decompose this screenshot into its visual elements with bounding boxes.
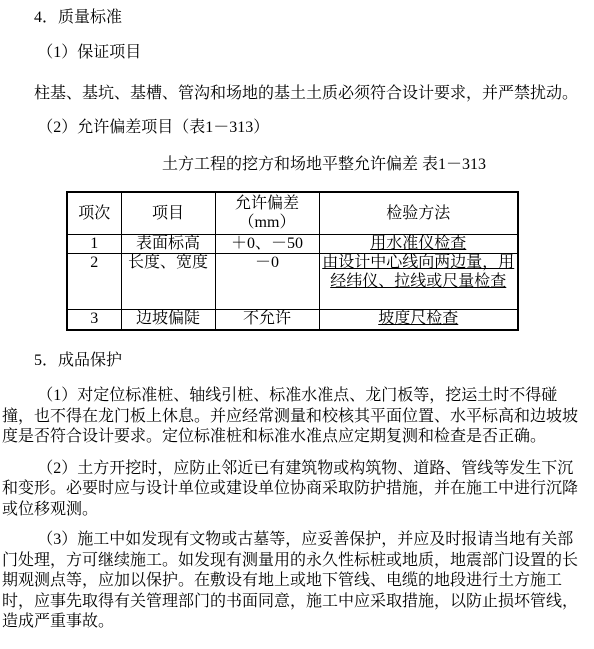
header-cell-no: 项次	[67, 192, 121, 235]
cell-tolerance: ＋0、－50	[215, 234, 319, 254]
paragraph-guarantee: 柱基、基坑、基槽、管沟和场地的基土土质必须符合设计要求，并严禁扰动。	[2, 84, 580, 105]
cell-tolerance: 不允许	[215, 310, 319, 330]
cell-no: 1	[67, 234, 121, 254]
list-item-guarantee: （1）保证项目	[2, 43, 580, 64]
table-row: 2 长度、宽度 －0 由设计中心线向两边量，用经纬仪、拉线或尺量检查	[67, 254, 518, 310]
section-heading-protection: 5．成品保护	[2, 351, 580, 372]
table-title: 土方工程的挖方和场地平整允许偏差 表1－313	[68, 155, 580, 176]
header-cell-method: 检验方法	[319, 192, 518, 235]
deviation-table: 项次 项目 允许偏差 （mm） 检验方法 1 表面标高 ＋0、－50 用水准仪检…	[66, 191, 519, 331]
cell-method: 由设计中心线向两边量，用经纬仪、拉线或尺量检查	[319, 254, 518, 310]
cell-tolerance: －0	[215, 254, 319, 310]
cell-method: 用水准仪检查	[319, 234, 518, 254]
section-heading-quality: 4．质量标准	[2, 8, 580, 29]
header-cell-item: 项目	[121, 192, 215, 235]
table-row: 3 边坡偏陡 不允许 坡度尺检查	[67, 310, 518, 330]
cell-item: 边坡偏陡	[121, 310, 215, 330]
table-row: 1 表面标高 ＋0、－50 用水准仪检查	[67, 234, 518, 254]
paragraph-protection-2: （2）土方开挖时，应防止邻近已有建筑物或构筑物、道路、管线等发生下沉和变形。必要…	[2, 459, 580, 521]
header-cell-tolerance: 允许偏差 （mm）	[215, 192, 319, 235]
paragraph-protection-3: （3）施工中如发现有文物或古墓等，应妥善保护，并应及时报请当地有关部门处理，方可…	[2, 530, 580, 633]
page: { "colors": { "background": "#ffffff", "…	[0, 0, 594, 649]
cell-no: 3	[67, 310, 121, 330]
cell-item: 表面标高	[121, 234, 215, 254]
table-header-row: 项次 项目 允许偏差 （mm） 检验方法	[67, 192, 518, 235]
cell-no: 2	[67, 254, 121, 310]
cell-item: 长度、宽度	[121, 254, 215, 310]
paragraph-protection-1: （1）对定位标准桩、轴线引桩、标准水准点、龙门板等，挖运土时不得碰撞，也不得在龙…	[2, 386, 580, 448]
cell-method: 坡度尺检查	[319, 310, 518, 330]
list-item-allowed-deviation: （2）允许偏差项目（表1－313）	[2, 118, 580, 139]
